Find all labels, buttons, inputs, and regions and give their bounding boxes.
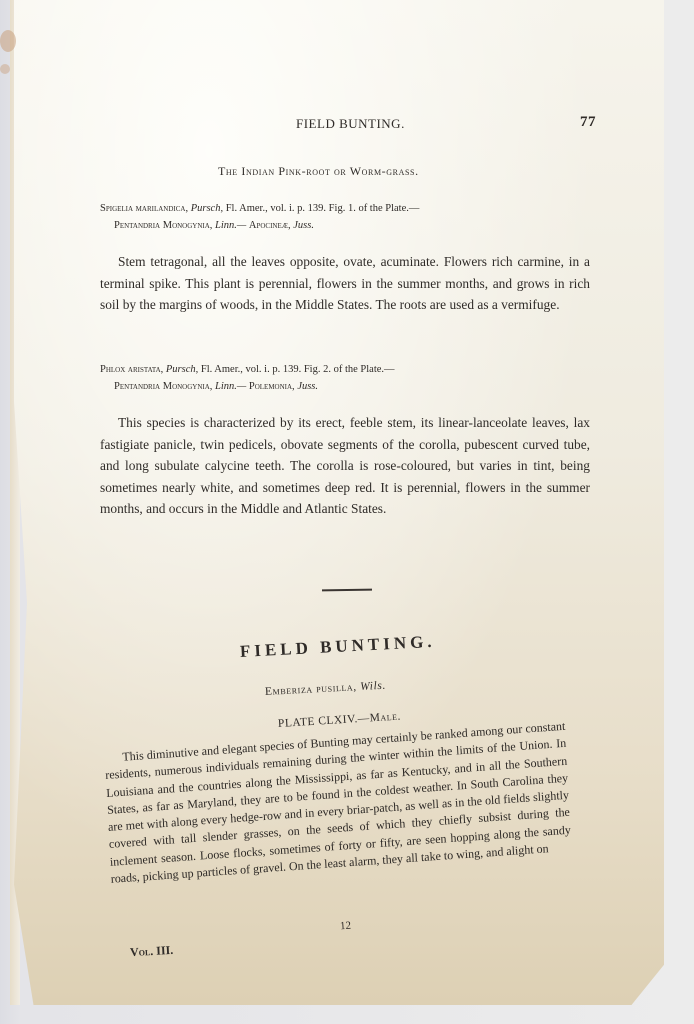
section-heading: The Indian Pink-root or Worm-grass. xyxy=(218,164,419,179)
class-author: Linn.— xyxy=(215,381,246,392)
linnaean-class: Pentandria Monogynia, xyxy=(114,220,212,231)
page-number: 77 xyxy=(580,114,596,131)
family-author: Juss. xyxy=(293,220,314,231)
species-author: Wils. xyxy=(360,680,386,693)
reference: Fl. Amer., vol. i. p. 139. Fig. 1. of th… xyxy=(226,203,420,214)
plate-sex: Male. xyxy=(369,710,401,724)
reference: Fl. Amer., vol. i. p. 139. Fig. 2. of th… xyxy=(201,364,395,375)
paragraph: Stem tetragonal, all the leaves opposite… xyxy=(100,251,590,316)
description-spigelia: Stem tetragonal, all the leaves opposite… xyxy=(100,251,590,316)
citation-phlox: Phlox aristata, Pursch, Fl. Amer., vol. … xyxy=(100,361,590,395)
citation-spigelia: Spigelia marilandica, Pursch, Fl. Amer.,… xyxy=(100,200,590,234)
family-author: Juss. xyxy=(297,381,318,392)
running-head-title: FIELD BUNTING. xyxy=(296,116,405,132)
author-name: Pursch, xyxy=(166,364,198,375)
running-head: FIELD BUNTING. 77 xyxy=(100,116,600,134)
family-name: Polemonia, xyxy=(249,381,295,392)
paragraph: This species is characterized by its ere… xyxy=(100,412,590,520)
author-name: Pursch, xyxy=(191,203,223,214)
family-name: Apocineæ, xyxy=(249,220,291,231)
class-author: Linn.— xyxy=(215,220,246,231)
volume-mark: Vol. III. xyxy=(130,943,174,960)
linnaean-class: Pentandria Monogynia, xyxy=(114,381,212,392)
description-phlox: This species is characterized by its ere… xyxy=(100,412,590,520)
signature-mark: 12 xyxy=(340,920,352,933)
page-stain xyxy=(0,30,16,52)
species-name: Phlox aristata, xyxy=(100,364,163,375)
page-stain xyxy=(0,64,10,74)
species-name: Spigelia marilandica, xyxy=(100,203,188,214)
